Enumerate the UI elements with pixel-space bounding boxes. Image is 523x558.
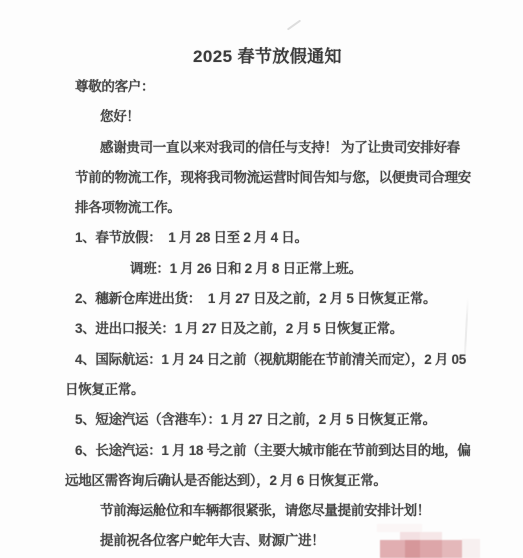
document-line: 排各项物流工作。 [0,193,523,223]
document-line: 提前祝各位客户蛇年大吉、财源广进！ [0,526,523,556]
document-line: 尊敬的客户： [0,72,523,102]
document-line: 1、春节放假： 1 月 28 日至 2 月 4 日。 [0,223,523,253]
document-line: 调班：1 月 26 日和 2 月 8 日正常上班。 [0,254,523,284]
document-line: 您好！ [0,102,523,132]
document-line: 节前海运舱位和车辆都很紧张，请您尽量提前安排计划！ [0,496,523,526]
document-line: 感谢贵司一直以来对我司的信任与支持！ 为了让贵司安排好春 [0,133,523,163]
document-line: 4、国际航运：1 月 24 日之前（视航期能在节前清关而定），2 月 05 [0,345,523,375]
notice-body: 尊敬的客户：您好！感谢贵司一直以来对我司的信任与支持！ 为了让贵司安排好春节前的… [0,72,523,557]
scan-artifact-mark [287,20,301,31]
document-line: 2、穗新仓库进出货： 1 月 27 日及之前，2 月 5 日恢复正常。 [0,284,523,314]
document-line: 日恢复正常。 [0,375,523,405]
document-line: 节前的物流工作，现将我司物流运营时间告知与您，以便贵司合理安 [0,163,523,193]
notice-title: 2025 春节放假通知 [6,42,523,67]
document-line: 5、短途汽运（含港车）：1 月 27 日之前，2 月 5 日恢复正常。 [0,405,523,435]
document-line: 远地区需咨询后确认是否能达到），2 月 6 日恢复正常。 [0,466,523,496]
document-line: 6、长途汽运：1 月 18 号之前（主要大城市能在节前到达目的地，偏 [0,436,523,466]
scanned-notice-page: 2025 春节放假通知 尊敬的客户：您好！感谢贵司一直以来对我司的信任与支持！ … [0,0,523,558]
document-line: 3、进出口报关：1 月 27 日及之前，2 月 5 日恢复正常。 [0,314,523,344]
